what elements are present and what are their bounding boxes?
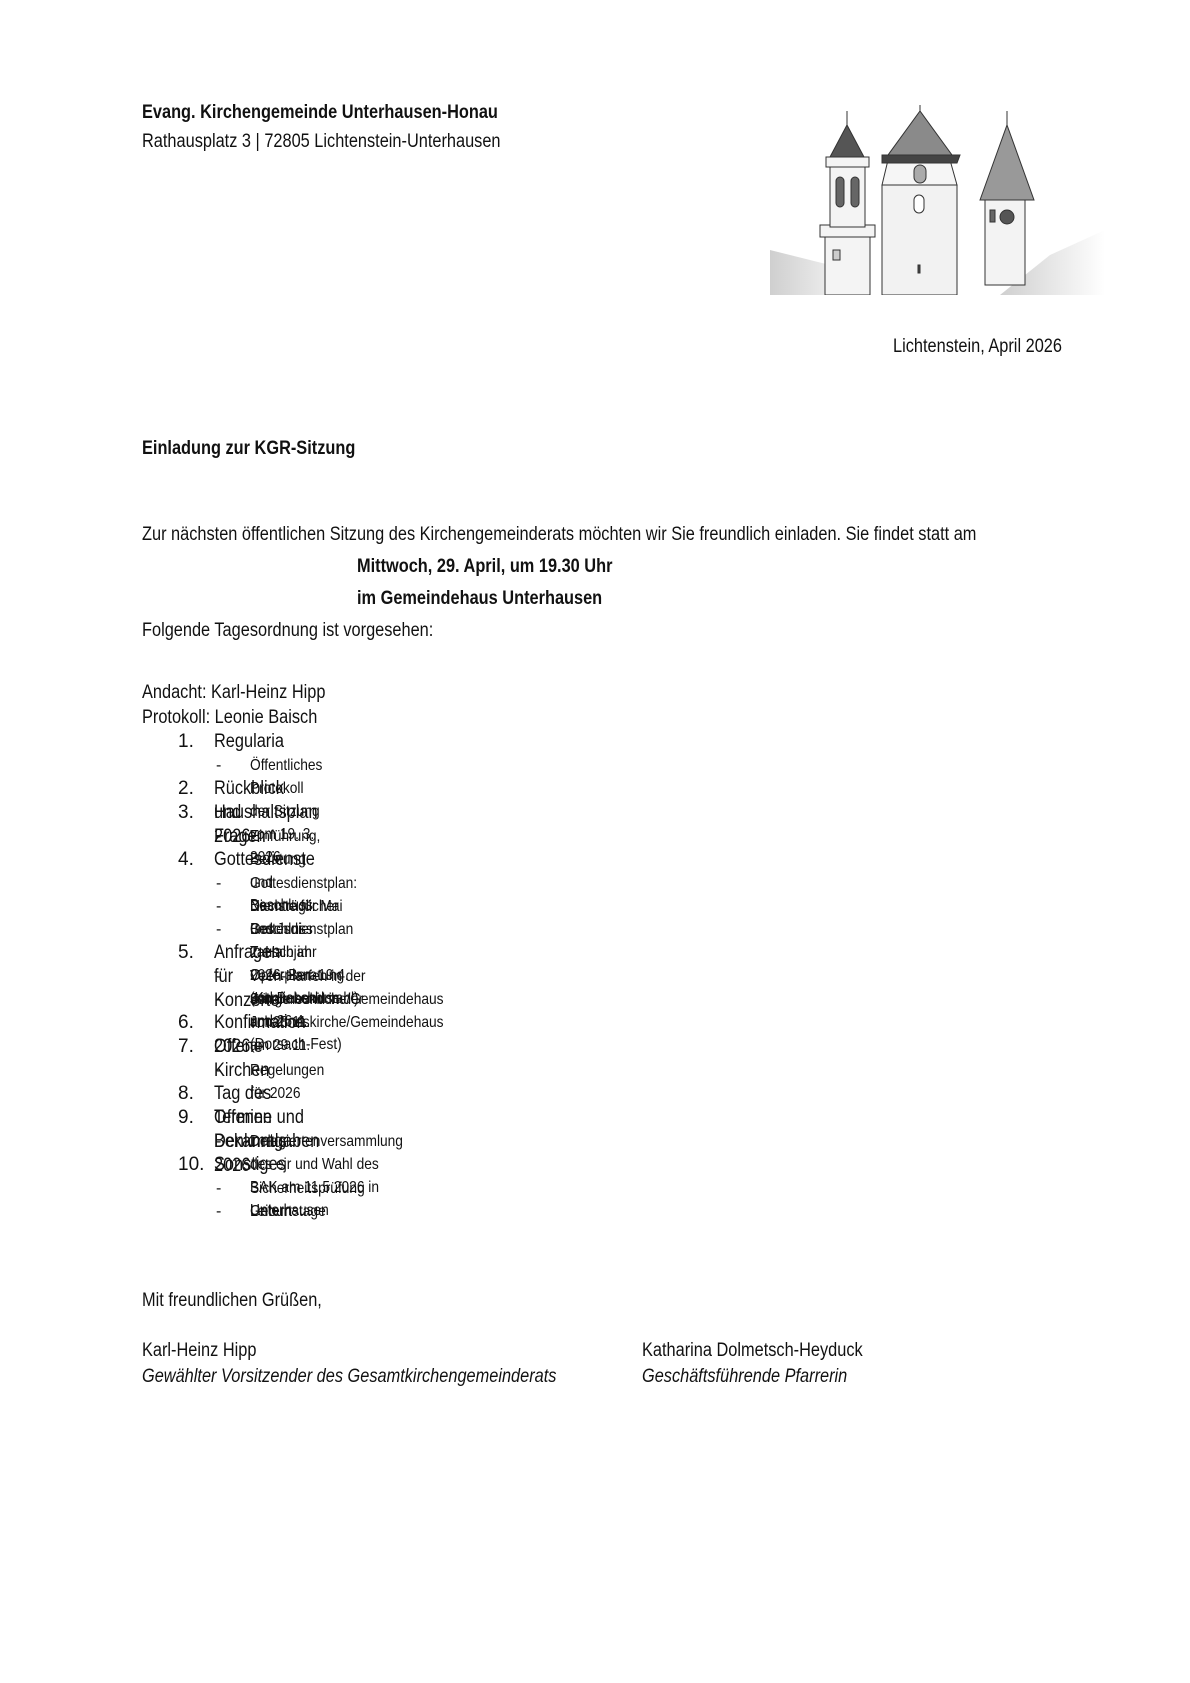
agenda-item-number: 3.: [178, 801, 208, 825]
agenda-intro: Folgende Tagesordnung ist vorgesehen:: [142, 620, 481, 642]
bullet-dash: -: [216, 754, 221, 777]
meeting-location: im Gemeindehaus Unterhausen: [357, 588, 642, 610]
agenda-item-number: 6.: [178, 1011, 208, 1035]
letter-subject: Einladung zur KGR-Sitzung: [142, 438, 390, 460]
bullet-dash: -: [216, 1059, 221, 1082]
signature-name: Katharina Dolmetsch-Heyduck: [642, 1340, 899, 1362]
bullet-dash: -: [216, 918, 221, 941]
role-andacht: Andacht: Karl-Heinz Hipp: [142, 680, 355, 705]
org-name: Evang. Kirchengemeinde Unterhausen-Honau: [142, 102, 556, 124]
agenda-item-label: Gottesdienste: [214, 848, 315, 872]
agenda-item-number: 4.: [178, 848, 208, 872]
agenda-item-number: 1.: [178, 730, 208, 754]
agenda-item-label: Sonstiges: [214, 1153, 286, 1177]
letter-page: Evang. Kirchengemeinde Unterhausen-Honau…: [0, 0, 1190, 1683]
bullet-dash: -: [216, 872, 221, 895]
bullet-dash: -: [216, 1200, 221, 1223]
meeting-datetime: Mittwoch, 29. April, um 19.30 Uhr: [357, 556, 654, 578]
closing-greeting: Mit freundlichen Grüßen,: [142, 1290, 351, 1312]
bullet-dash: -: [216, 1130, 221, 1153]
meeting-roles: Andacht: Karl-Heinz Hipp Protokoll: Leon…: [142, 680, 355, 730]
signature-role: Gewählter Vorsitzender des Gesamtkirchen…: [142, 1366, 624, 1388]
org-address: Rathausplatz 3 | 72805 Lichtenstein-Unte…: [142, 131, 559, 153]
role-protokoll: Protokoll: Leonie Baisch: [142, 705, 355, 730]
bullet-dash: -: [216, 825, 221, 848]
bullet-dash: -: [216, 965, 221, 988]
signature-name: Karl-Heinz Hipp: [142, 1340, 275, 1362]
church-towers-logo-icon: [770, 105, 1105, 295]
bullet-dash: -: [216, 895, 221, 918]
signature-role: Geschäftsführende Pfarrerin: [642, 1366, 881, 1388]
agenda-item-number: 10.: [178, 1153, 208, 1177]
date-line: Lichtenstein, April 2026: [893, 336, 1089, 358]
agenda-item-number: 8.: [178, 1082, 208, 1106]
intro-text: Zur nächsten öffentlichen Sitzung des Ki…: [142, 524, 1112, 546]
agenda-item-number: 9.: [178, 1106, 208, 1130]
bullet-dash: -: [216, 988, 221, 1011]
agenda-item-number: 5.: [178, 941, 208, 965]
agenda-item-number: 2.: [178, 777, 208, 801]
agenda-item-label: Regularia: [214, 730, 284, 754]
agenda-item-number: 7.: [178, 1035, 208, 1059]
bullet-dash: -: [216, 1177, 221, 1200]
agenda-subitem-label: Geburtstage: [250, 1200, 326, 1223]
